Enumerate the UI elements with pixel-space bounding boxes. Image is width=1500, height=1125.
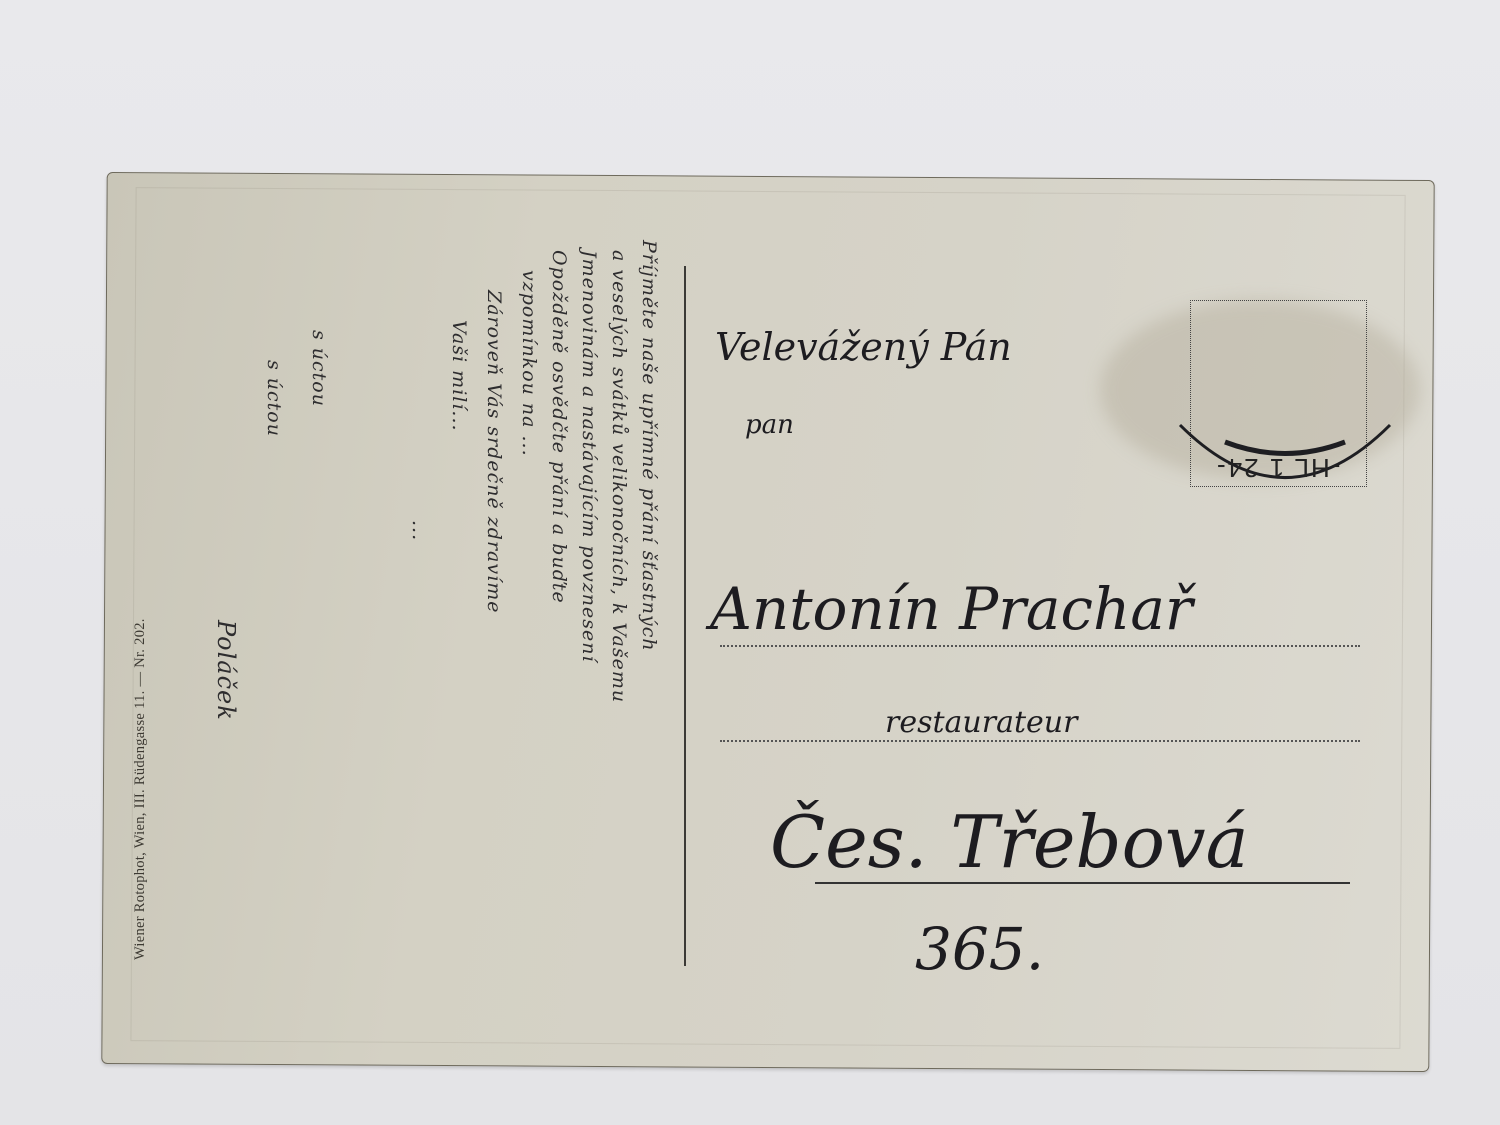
center-divider [684,266,686,966]
address-occupation: restaurateur [885,705,1077,740]
message-line: s úctou [263,360,285,437]
message-line: ... [408,520,430,541]
address-line-2 [720,740,1360,742]
address-salutation-sub: pan [745,410,794,440]
address-line-1 [720,645,1360,647]
publisher-imprint: Wiener Rotophot, Wien, III. Rüdengasse 1… [132,618,149,960]
message-line: Příjměte naše upřímné přání šťastných [638,240,660,652]
message-line: Vaši milí... [448,320,470,432]
message-line: Zároveň Vás srdečně zdravíme [483,290,505,613]
address-salutation: Velevážený Pán [715,325,1012,369]
address-town: Čes. Třebová [770,800,1249,884]
address-house-number: 365. [915,915,1044,983]
message-line: s úctou [308,330,330,407]
address-name: Antonín Prachař [710,575,1193,643]
message-line: vzpomínkou na ... [518,270,540,457]
message-signature: Poláček [212,620,240,721]
message-line: Jmenovinám a nastávajícím povznesení [578,250,600,663]
message-line: Opožděně osvědčte přání a buďte [548,250,570,604]
address-line-3 [815,882,1350,884]
message-line: a veselých svátků velikonočních, k Vašem… [608,250,630,703]
postmark-text: -HL 1 24- [1215,452,1340,483]
